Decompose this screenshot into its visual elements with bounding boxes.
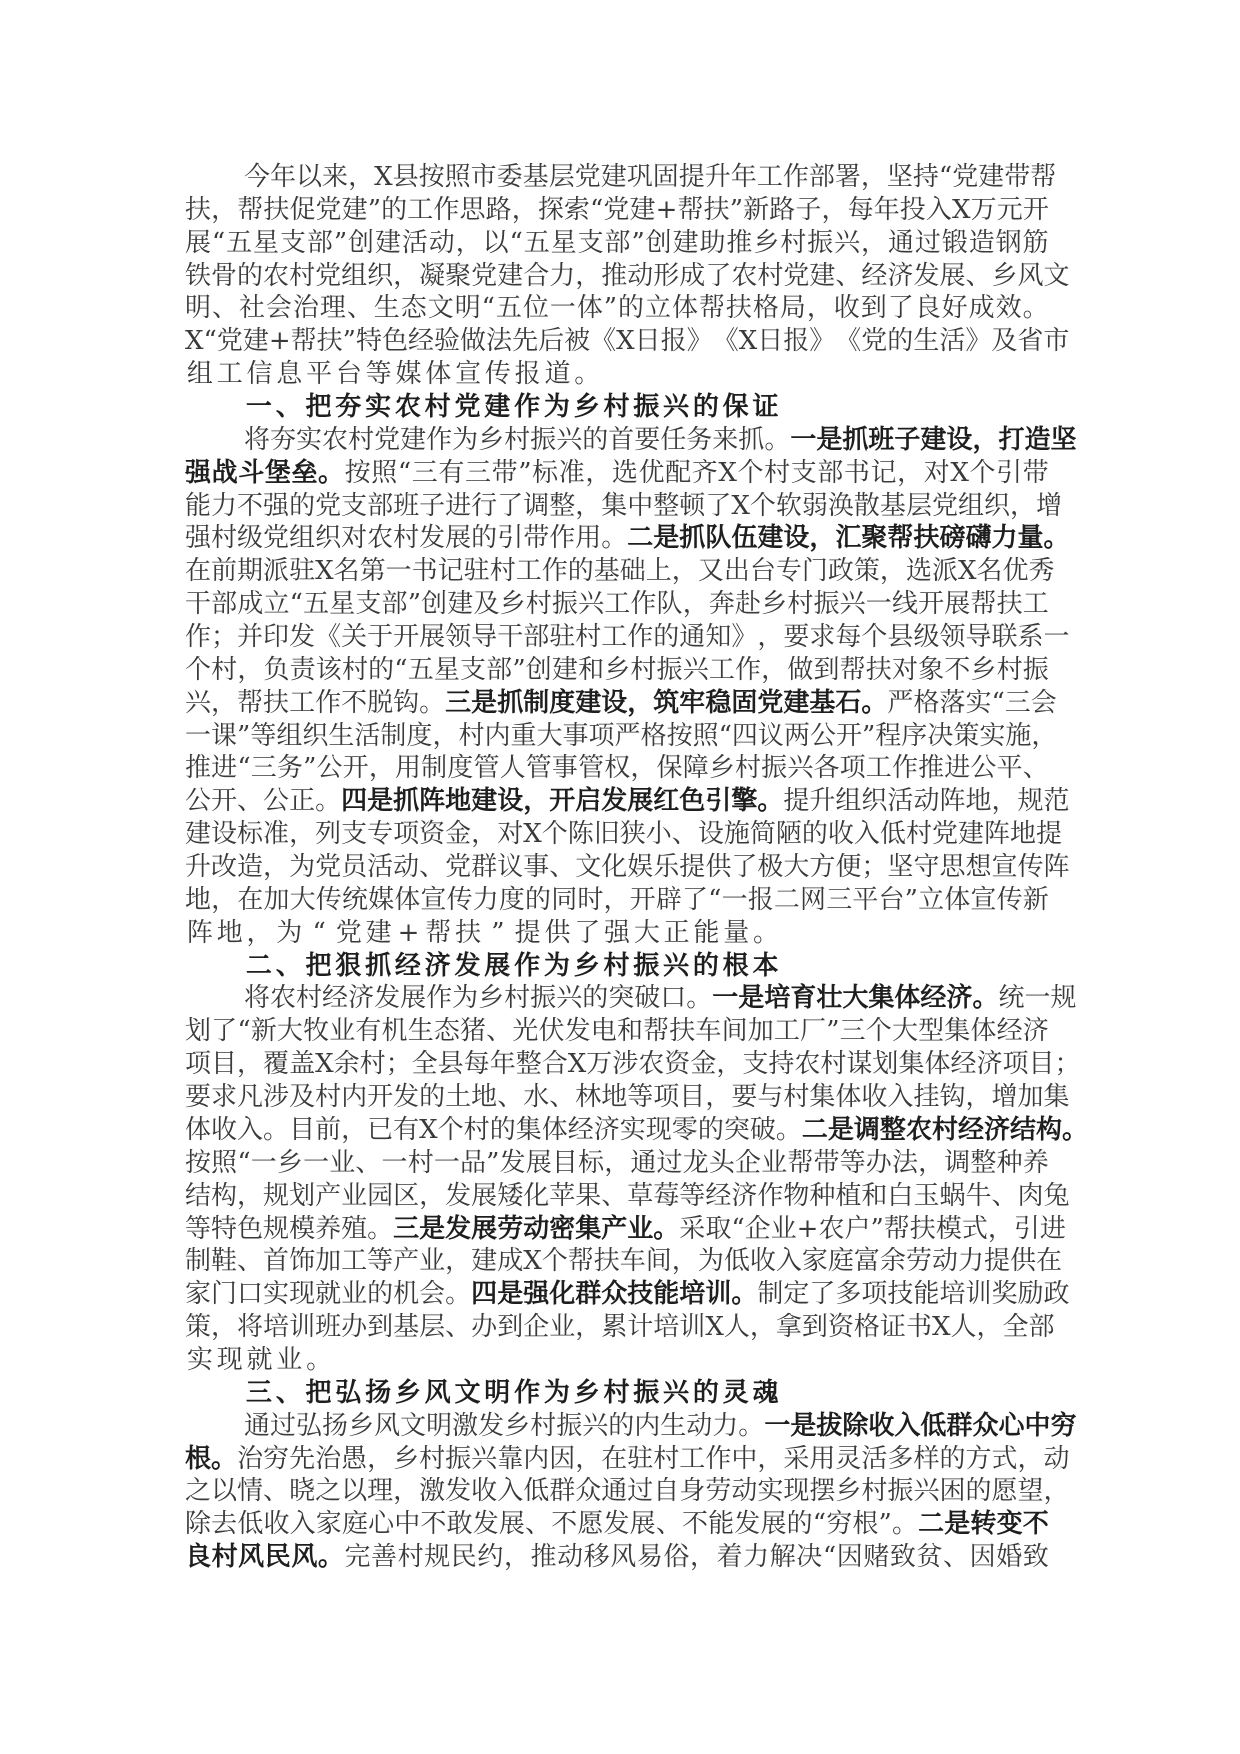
text-line: 兴，帮扶工作不脱钩。三是抓制度建设，筑牢稳固党建基石。严格落实“三会 (185, 687, 1049, 720)
text-line: 组工信息平台等媒体宣传报道。 (185, 358, 1049, 391)
section-3-paragraph: 通过弘扬乡风文明激发乡村振兴的内生动力。一是拔除收入低群众心中穷根。治穷先治愚，… (185, 1410, 1049, 1574)
text-line: 在前期派驻X名第一书记驻村工作的基础上，又出台专门政策，选派X名优秀 (185, 555, 1049, 588)
section-heading-line: 三、把弘扬乡风文明作为乡村振兴的灵魂 (185, 1377, 1049, 1410)
text-line: 推进“三务”公开，用制度管人管事管权，保障乡村振兴各项工作推进公平、 (185, 752, 1049, 785)
text-line: 能力不强的党支部班子进行了调整，集中整顿了X个软弱涣散基层党组织，增 (185, 490, 1049, 523)
text-line: 制鞋、首饰加工等产业，建成X个帮扶车间，为低收入家庭富余劳动力提供在 (185, 1245, 1049, 1278)
text-line: 通过弘扬乡风文明激发乡村振兴的内生动力。一是拔除收入低群众心中穷 (185, 1410, 1049, 1443)
text-line: 划了“新大牧业有机生态猪、光伏发电和帮扶车间加工厂”三个大型集体经济 (185, 1015, 1049, 1048)
text-line: 地，在加大传统媒体宣传力度的同时，开辟了“一报二网三平台”立体宣传新 (185, 884, 1049, 917)
section-heading-line: 二、把狠抓经济发展作为乡村振兴的根本 (185, 950, 1049, 983)
section-2-heading: 二、把狠抓经济发展作为乡村振兴的根本 (185, 950, 1049, 983)
section-1-paragraph: 将夯实农村党建作为乡村振兴的首要任务来抓。一是抓班子建设，打造坚强战斗堡垒。按照… (185, 424, 1049, 950)
text-line: X“党建+帮扶”特色经验做法先后被《X日报》《X日报》《党的生活》及省市 (185, 325, 1049, 358)
text-line: 之以情、晓之以理，激发收入低群众通过自身劳动实现摆乡村振兴困的愿望， (185, 1475, 1049, 1508)
text-line: 将农村经济发展作为乡村振兴的突破口。一是培育壮大集体经济。统一规 (185, 982, 1049, 1015)
text-line: 一课”等组织生活制度，村内重大事项严格按照“四议两公开”程序决策实施， (185, 720, 1049, 753)
section-heading-line: 一、把夯实农村党建作为乡村振兴的保证 (185, 391, 1049, 424)
text-line: 根。治穷先治愚，乡村振兴靠内因，在驻村工作中，采用灵活多样的方式，动 (185, 1443, 1049, 1476)
section-3-heading: 三、把弘扬乡风文明作为乡村振兴的灵魂 (185, 1377, 1049, 1410)
text-line: 家门口实现就业的机会。四是强化群众技能培训。制定了多项技能培训奖励政 (185, 1278, 1049, 1311)
text-line: 公开、公正。四是抓阵地建设，开启发展红色引擎。提升组织活动阵地，规范 (185, 785, 1049, 818)
text-line: 干部成立“五星支部”创建及乡村振兴工作队，奔赴乡村振兴一线开展帮扶工 (185, 588, 1049, 621)
text-line: 良村风民风。完善村规民约，推动移风易俗，着力解决“因赌致贫、因婚致 (185, 1541, 1049, 1574)
text-line: 等特色规模养殖。三是发展劳动密集产业。采取“企业+农户”帮扶模式，引进 (185, 1213, 1049, 1246)
text-line: 项目，覆盖X余村；全县每年整合X万涉农资金，支持农村谋划集体经济项目； (185, 1048, 1049, 1081)
text-line: 个村，负责该村的“五星支部”创建和乡村振兴工作，做到帮扶对象不乡村振 (185, 654, 1049, 687)
text-line: 明、社会治理、生态文明“五位一体”的立体帮扶格局，收到了良好成效。 (185, 292, 1049, 325)
text-line: 实现就业。 (185, 1344, 1049, 1377)
text-line: 今年以来，X县按照市委基层党建巩固提升年工作部署，坚持“党建带帮 (185, 161, 1049, 194)
text-line: 强战斗堡垒。按照“三有三带”标准，选优配齐X个村支部书记，对X个引带 (185, 457, 1049, 490)
section-2-paragraph: 将农村经济发展作为乡村振兴的突破口。一是培育壮大集体经济。统一规划了“新大牧业有… (185, 982, 1049, 1376)
intro-paragraph: 今年以来，X县按照市委基层党建巩固提升年工作部署，坚持“党建带帮扶，帮扶促党建”… (185, 161, 1049, 391)
text-line: 按照“一乡一业、一村一品”发展目标，通过龙头企业帮带等办法，调整种养 (185, 1147, 1049, 1180)
text-line: 建设标准，列支专项资金，对X个陈旧狭小、设施简陋的收入低村党建阵地提 (185, 818, 1049, 851)
text-line: 展“五星支部”创建活动，以“五星支部”创建助推乡村振兴，通过锻造钢筋 (185, 227, 1049, 260)
document-body: 今年以来，X县按照市委基层党建巩固提升年工作部署，坚持“党建带帮扶，帮扶促党建”… (185, 161, 1049, 1574)
text-line: 阵地，为“党建+帮扶”提供了强大正能量。 (185, 917, 1049, 950)
document-page: 今年以来，X县按照市委基层党建巩固提升年工作部署，坚持“党建带帮扶，帮扶促党建”… (0, 0, 1240, 1754)
text-line: 升改造，为党员活动、党群议事、文化娱乐提供了极大方便；坚守思想宣传阵 (185, 851, 1049, 884)
section-1-heading: 一、把夯实农村党建作为乡村振兴的保证 (185, 391, 1049, 424)
text-line: 要求凡涉及村内开发的土地、水、林地等项目，要与村集体收入挂钩，增加集 (185, 1081, 1049, 1114)
text-line: 结构，规划产业园区，发展矮化苹果、草莓等经济作物种植和白玉蜗牛、肉兔 (185, 1180, 1049, 1213)
text-line: 铁骨的农村党组织，凝聚党建合力，推动形成了农村党建、经济发展、乡风文 (185, 260, 1049, 293)
text-line: 将夯实农村党建作为乡村振兴的首要任务来抓。一是抓班子建设，打造坚 (185, 424, 1049, 457)
text-line: 强村级党组织对农村发展的引带作用。二是抓队伍建设，汇聚帮扶磅礴力量。 (185, 522, 1049, 555)
text-line: 除去低收入家庭心中不敢发展、不愿发展、不能发展的“穷根”。二是转变不 (185, 1508, 1049, 1541)
text-line: 体收入。目前，已有X个村的集体经济实现零的突破。二是调整农村经济结构。 (185, 1114, 1049, 1147)
text-line: 扶，帮扶促党建”的工作思路，探索“党建+帮扶”新路子，每年投入X万元开 (185, 194, 1049, 227)
text-line: 作；并印发《关于开展领导干部驻村工作的通知》，要求每个县级领导联系一 (185, 621, 1049, 654)
text-line: 策，将培训班办到基层、办到企业，累计培训X人，拿到资格证书X人，全部 (185, 1311, 1049, 1344)
